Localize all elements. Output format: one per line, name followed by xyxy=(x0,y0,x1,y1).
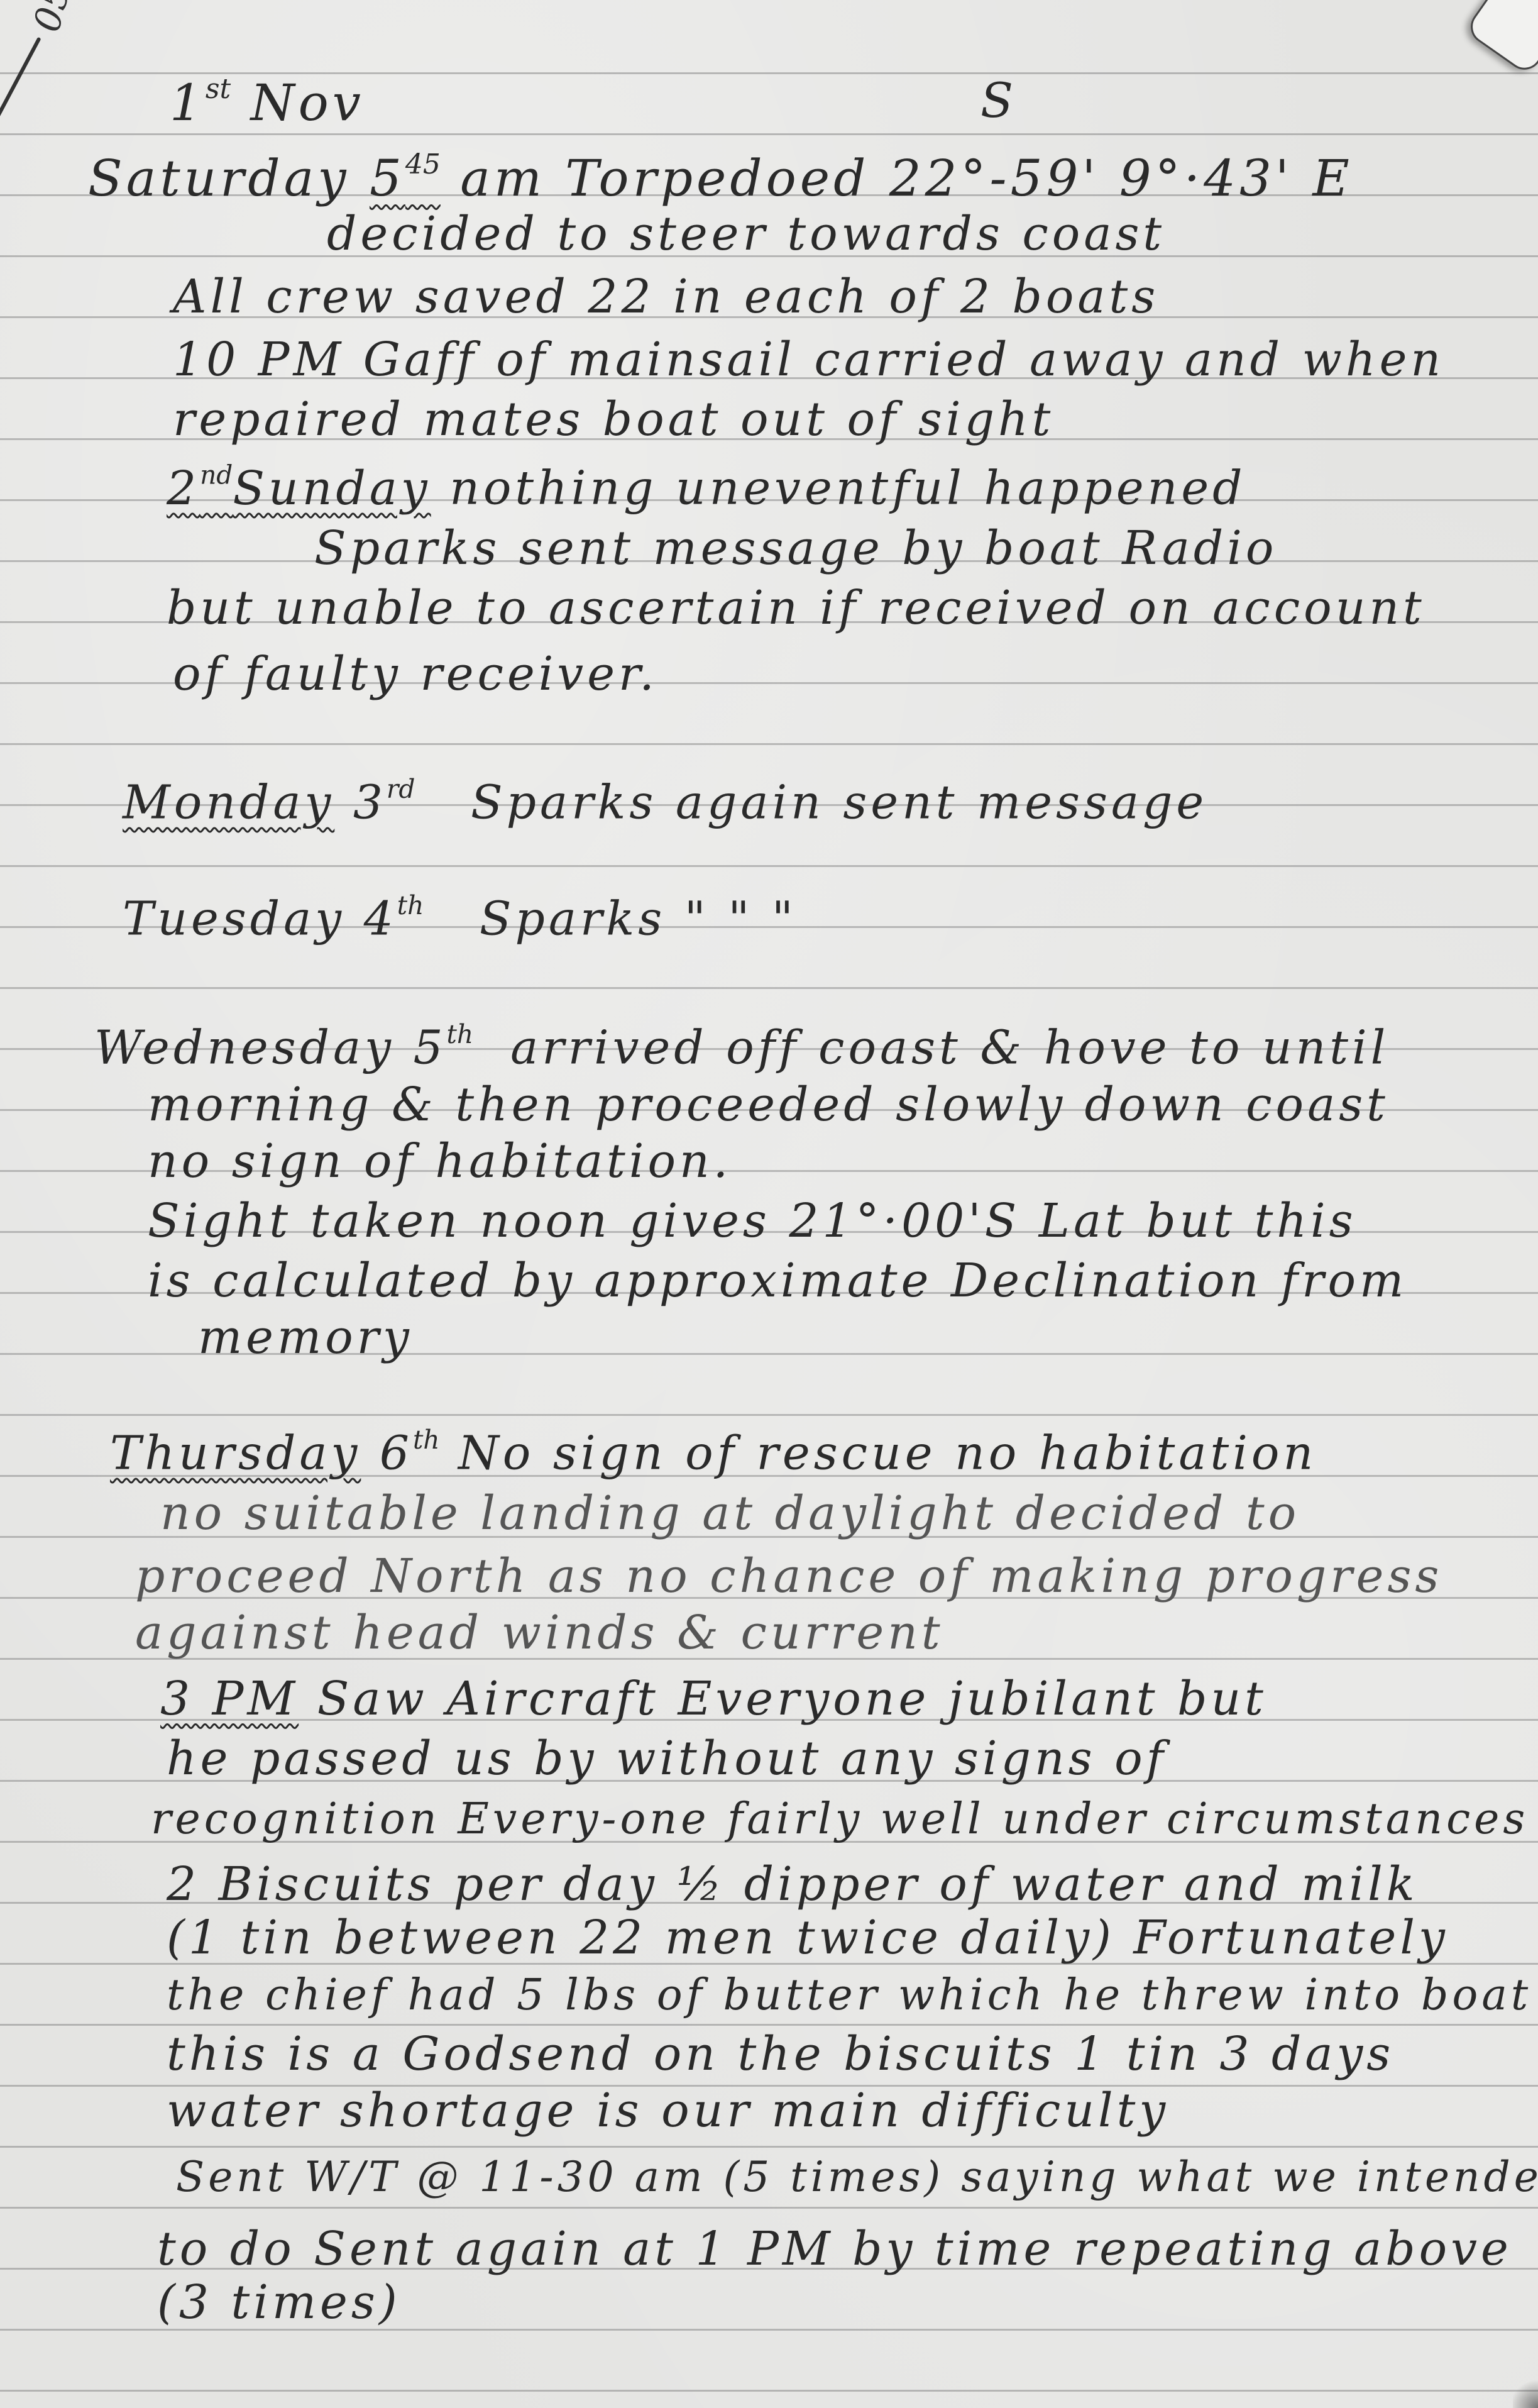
entry-text: Sparks " " " xyxy=(480,892,797,946)
day-number: 6 xyxy=(380,1427,413,1481)
ruled-line xyxy=(0,865,1538,867)
day-suffix: rd xyxy=(387,774,415,804)
heading-date-day: 1 xyxy=(170,74,206,132)
time-hour: 5 xyxy=(370,149,405,207)
time-minutes: 45 xyxy=(405,148,441,180)
log-line-3pm: 3 PM Saw Aircraft Everyone jubilant but xyxy=(160,1676,1267,1722)
log-line: decided to steer towards coast xyxy=(327,211,1165,257)
log-line: Sparks sent message by boat Radio xyxy=(314,525,1277,572)
log-line-thursday: Thursday 6th No sign of rescue no habita… xyxy=(110,1427,1317,1477)
ruled-line xyxy=(0,743,1538,745)
log-line: memory xyxy=(198,1314,413,1361)
margin-note: 05 30 xyxy=(25,0,94,36)
log-line: (1 tin between 22 men twice daily) Fortu… xyxy=(167,1914,1449,1961)
day-number: 2 xyxy=(167,461,200,516)
day-name: Sunday xyxy=(233,461,431,516)
log-line: is calculated by approximate Declination… xyxy=(148,1257,1407,1304)
ruled-line xyxy=(0,133,1538,135)
log-line: the chief had 5 lbs of butter which he t… xyxy=(167,1974,1532,2017)
log-line: 2 Biscuits per day ½ dipper of water and… xyxy=(167,1861,1419,1908)
log-line: water shortage is our main difficulty xyxy=(167,2087,1169,2134)
day-label-monday: Monday xyxy=(123,776,334,830)
log-line-wednesday: Wednesday 5th arrived off coast & hove t… xyxy=(94,1022,1389,1071)
log-line: this is a Godsend on the biscuits 1 tin … xyxy=(167,2031,1394,2077)
log-line: of faulty receiver. xyxy=(173,651,658,697)
log-line: proceed North as no chance of making pro… xyxy=(135,1553,1442,1599)
entry-text: arrived off coast & hove to until xyxy=(510,1021,1389,1075)
log-line: Sent W/T @ 11-30 am (5 times) saying wha… xyxy=(176,2157,1538,2198)
log-line: Sight taken noon gives 21°·00'S Lat but … xyxy=(148,1198,1357,1244)
day-suffix: th xyxy=(447,1019,474,1049)
log-line: no sign of habitation. xyxy=(148,1138,732,1185)
log-line-sunday: 2ndSunday nothing uneventful happened xyxy=(167,462,1246,512)
notebook-page: 05 30 1st Nov S Saturday 545 am Torpedoe… xyxy=(0,0,1538,2408)
entry-text: Saw Aircraft Everyone jubilant but xyxy=(317,1672,1267,1726)
time-aircraft: 3 PM xyxy=(160,1672,299,1726)
day-label-tuesday: Tuesday xyxy=(123,892,345,946)
day-suffix: nd xyxy=(200,460,233,490)
day-label-wednesday: Wednesday xyxy=(94,1021,395,1075)
heading-date-suffix: st xyxy=(206,73,231,105)
heading-date: 1st Nov xyxy=(170,75,365,128)
ruled-line xyxy=(0,1414,1538,1416)
heading-date-month: Nov xyxy=(251,74,365,132)
entry-text: Sparks again sent message xyxy=(471,776,1207,830)
entry-text: No sign of rescue no habitation xyxy=(458,1427,1317,1481)
time-torpedoed: 545 xyxy=(370,149,441,207)
entry-text: nothing uneventful happened xyxy=(449,461,1246,516)
day-label-saturday: Saturday xyxy=(88,149,350,207)
day-number: 3 xyxy=(353,776,387,830)
ruled-line xyxy=(0,2390,1538,2392)
log-line: no suitable landing at daylight decided … xyxy=(160,1490,1300,1537)
day-label-sunday: 2ndSunday xyxy=(167,461,431,516)
log-line: against head winds & current xyxy=(135,1610,944,1656)
south-latitude-mark: S xyxy=(980,72,1013,128)
day-number: 5 xyxy=(413,1021,446,1075)
log-line: recognition Every-one fairly well under … xyxy=(151,1798,1529,1841)
log-line-tuesday: Tuesday 4th Sparks " " " xyxy=(123,893,797,942)
ruled-line xyxy=(0,2024,1538,2026)
log-line: but unable to ascertain if received on a… xyxy=(167,585,1425,631)
torpedoed-position: am Torpedoed 22°-59' 9°·43' E xyxy=(460,149,1353,207)
day-suffix: th xyxy=(397,890,424,920)
corner-smudge xyxy=(1513,2377,1538,2408)
log-line: he passed us by without any signs of xyxy=(167,1735,1167,1782)
ruled-line xyxy=(0,2146,1538,2148)
log-line-saturday: Saturday 545 am Torpedoed 22°-59' 9°·43'… xyxy=(88,151,1353,204)
log-line: morning & then proceeded slowly down coa… xyxy=(148,1081,1389,1128)
log-line: 10 PM Gaff of mainsail carried away and … xyxy=(173,336,1444,383)
log-line: repaired mates boat out of sight xyxy=(173,396,1054,443)
log-line: (3 times) xyxy=(157,2279,401,2326)
page-corner-curl xyxy=(1464,0,1538,77)
log-line: to do Sent again at 1 PM by time repeati… xyxy=(157,2226,1512,2272)
day-suffix: th xyxy=(413,1425,440,1455)
ruled-line xyxy=(0,987,1538,989)
day-number: 4 xyxy=(364,892,397,946)
day-label-thursday: Thursday xyxy=(110,1427,361,1481)
ruled-line xyxy=(0,2207,1538,2209)
log-line-monday: Monday 3rd Sparks again sent message xyxy=(123,776,1207,826)
log-line: All crew saved 22 in each of 2 boats xyxy=(173,273,1159,320)
margin-check-mark xyxy=(0,37,41,145)
